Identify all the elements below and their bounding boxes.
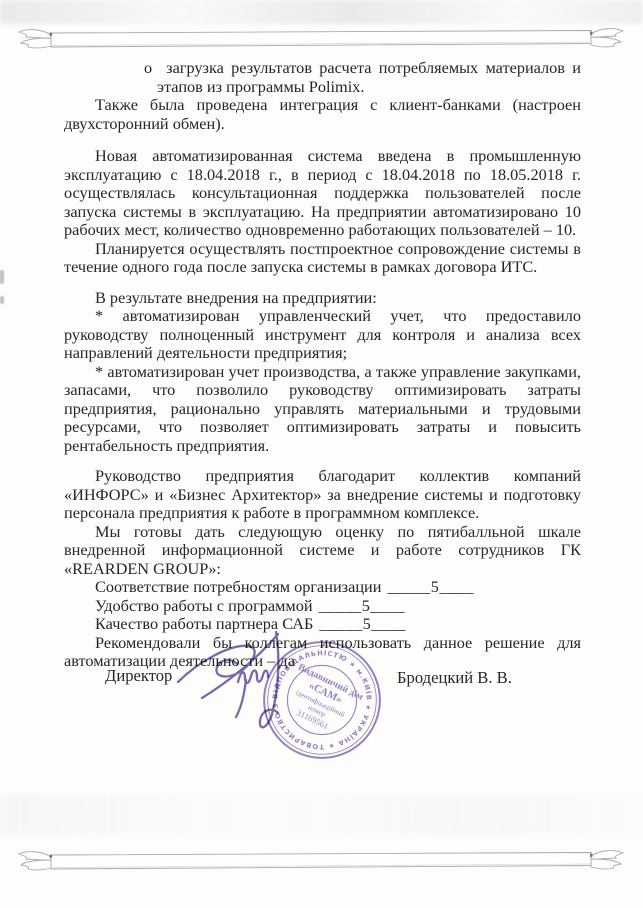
rating-value: 5 — [363, 614, 372, 633]
rating-label: Удобство работы с программой — [95, 596, 313, 615]
score-line-right: ____ — [439, 577, 474, 596]
rating-row-fit: Соответствие потребностям организации___… — [64, 578, 581, 597]
rating-row-usability: Удобство работы с программой_____5____ — [64, 597, 581, 616]
para-result-item-2: * автоматизирован учет производства, а т… — [64, 363, 581, 456]
score-line-left: _____ — [319, 596, 362, 615]
score-line-left: _____ — [387, 577, 430, 596]
para-support: Планируется осуществлять постпроектное с… — [64, 240, 581, 277]
letter-body: озагрузка результатов расчета потребляем… — [64, 59, 581, 671]
score-line-left: _____ — [319, 614, 362, 633]
rating-label: Соответствие потребностям организации — [95, 577, 381, 596]
para-rating-intro: Мы готовы дать следующую оценку по пятиб… — [64, 523, 581, 579]
ribbon-ornament-bottom — [14, 848, 629, 882]
para-result-item-1: * автоматизирован управленческий учет, ч… — [64, 307, 581, 363]
scan-smudge — [0, 296, 4, 304]
signoff-name: Бродецкий В. В. — [397, 668, 512, 688]
score-line-right: ____ — [371, 614, 406, 633]
rating-score: _____5____ — [319, 596, 405, 615]
score-line-right: ____ — [370, 596, 405, 615]
scan-smudge — [0, 270, 4, 284]
para-integration: Также была проведена интеграция с клиент… — [64, 96, 581, 133]
bullet-item-text: загрузка результатов расчета потребляемы… — [157, 58, 581, 96]
scanned-letter-page: озагрузка результатов расчета потребляем… — [0, 0, 643, 908]
para-results-intro: В результате внедрения на предприятии: — [64, 289, 581, 308]
rating-score: _____5____ — [387, 577, 473, 596]
ribbon-ornament-top — [14, 26, 629, 60]
bullet-marker: о — [144, 58, 152, 77]
signature-handwriting — [172, 620, 317, 750]
para-thanks: Руководство предприятия благодарит колле… — [64, 467, 581, 523]
rating-row-partner: Качество работы партнера САБ_____5____ — [64, 615, 581, 634]
signoff-role: Директор — [105, 666, 172, 686]
rating-score: _____5____ — [319, 614, 405, 633]
para-new-system: Новая автоматизированная система введена… — [64, 147, 581, 240]
bullet-item-polimix: озагрузка результатов расчета потребляем… — [64, 59, 581, 96]
scan-noise-band-top — [0, 0, 643, 24]
scan-noise-band-bottom — [0, 795, 643, 835]
